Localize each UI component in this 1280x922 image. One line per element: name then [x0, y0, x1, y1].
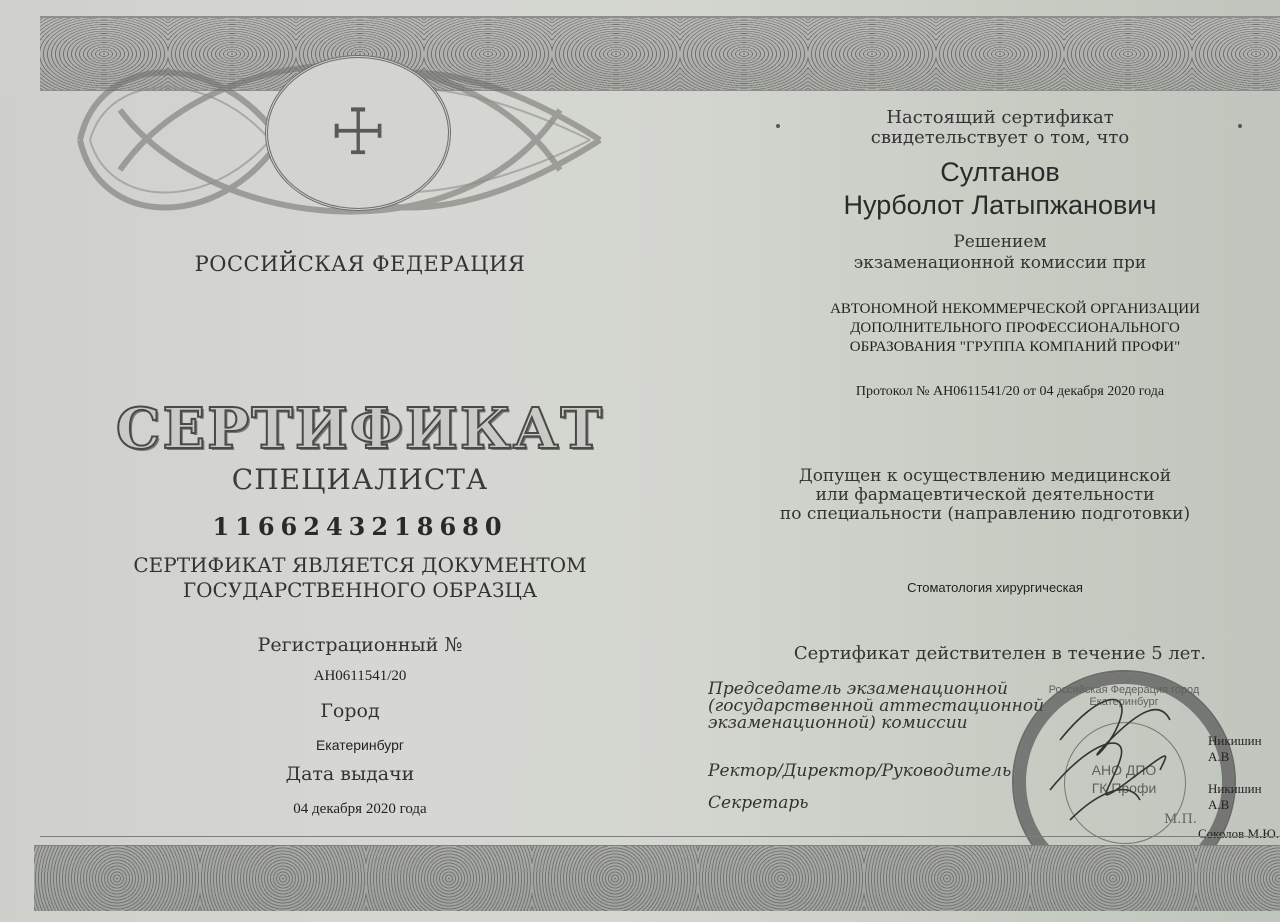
certificate-subtitle: СПЕЦИАЛИСТА — [120, 463, 600, 496]
protocol-text: Протокол № АН0611541/20 от 04 декабря 20… — [780, 384, 1240, 400]
admission-line: или фармацевтической деятельности — [740, 486, 1230, 505]
admission-text: Допущен к осуществлению медицинской или … — [740, 467, 1230, 524]
organization-line: АВТОНОМНОЙ НЕКОММЕРЧЕСКОЙ ОРГАНИЗАЦИИ — [790, 300, 1240, 319]
issue-date-label: Дата выдачи — [180, 763, 520, 785]
country-title: РОССИЙСКАЯ ФЕДЕРАЦИЯ — [120, 252, 600, 276]
decision-line: экзаменационной комиссии при — [760, 253, 1240, 274]
organization-line: ДОПОЛНИТЕЛЬНОГО ПРОФЕССИОНАЛЬНОГО — [790, 319, 1240, 338]
registration-label: Регистрационный № — [180, 634, 540, 656]
intro-line: Настоящий сертификат — [760, 108, 1240, 128]
coat-of-arms-icon: ☩ — [265, 55, 451, 211]
city-label: Город — [180, 700, 520, 722]
bottom-guilloche-border — [34, 845, 1280, 911]
certificate-number: 1166243218680 — [120, 512, 600, 541]
intro-text: Настоящий сертификат свидетельствует о т… — [760, 108, 1240, 148]
specialty-value: Стоматология хирургическая — [790, 580, 1200, 595]
city-value: Екатеринбург — [180, 737, 540, 753]
stamp-mark: М.П. — [1164, 812, 1197, 827]
chair-name: Никишин А.В — [1208, 733, 1280, 765]
paper-margin — [0, 0, 40, 90]
registration-value: АН0611541/20 — [180, 668, 540, 685]
certificate-title: СЕРТИФИКАТ — [100, 396, 620, 462]
state-document-line: ГОСУДАРСТВЕННОГО ОБРАЗЦА — [100, 578, 620, 603]
admission-line: Допущен к осуществлению медицинской — [740, 467, 1230, 486]
decision-line: Решением — [760, 232, 1240, 253]
organization-line: ОБРАЗОВАНИЯ "ГРУППА КОМПАНИЙ ПРОФИ" — [790, 338, 1240, 357]
admission-line: по специальности (направлению подготовки… — [740, 505, 1230, 524]
stamp-text: Российская Федерация город Екатеринбург — [1014, 684, 1234, 708]
secretary-name: Соколов М.Ю. — [1198, 826, 1279, 842]
intro-line: свидетельствует о том, что — [760, 128, 1240, 148]
validity-text: Сертификат действителен в течение 5 лет. — [760, 643, 1240, 664]
certificate-sheet: ☩ РОССИЙСКАЯ ФЕДЕРАЦИЯ СЕРТИФИКАТ СПЕЦИА… — [0, 0, 1280, 922]
decision-text: Решением экзаменационной комиссии при — [760, 232, 1240, 274]
issue-date-value: 04 декабря 2020 года — [180, 801, 540, 818]
state-document-note: СЕРТИФИКАТ ЯВЛЯЕТСЯ ДОКУМЕНТОМ ГОСУДАРСТ… — [100, 553, 620, 603]
chair-signature-label: Председатель экзаменационной (государств… — [708, 681, 1044, 732]
bottom-rule — [40, 836, 1280, 837]
rector-signature-label: Ректор/Директор/Руководитель — [708, 763, 1011, 780]
holder-given-names: Нурболот Латыпжанович — [760, 190, 1240, 221]
organization-name: АВТОНОМНОЙ НЕКОММЕРЧЕСКОЙ ОРГАНИЗАЦИИ ДО… — [790, 300, 1240, 357]
holder-surname: Султанов — [760, 157, 1240, 188]
chair-label-line: экзаменационной) комиссии — [708, 715, 1044, 732]
stamp-text: АНО ДПО — [1014, 762, 1234, 778]
rector-name: Никишин А.В — [1208, 781, 1280, 813]
stamp-text: ГК Профи — [1014, 780, 1234, 796]
secretary-signature-label: Секретарь — [708, 795, 809, 812]
state-document-line: СЕРТИФИКАТ ЯВЛЯЕТСЯ ДОКУМЕНТОМ — [100, 553, 620, 578]
